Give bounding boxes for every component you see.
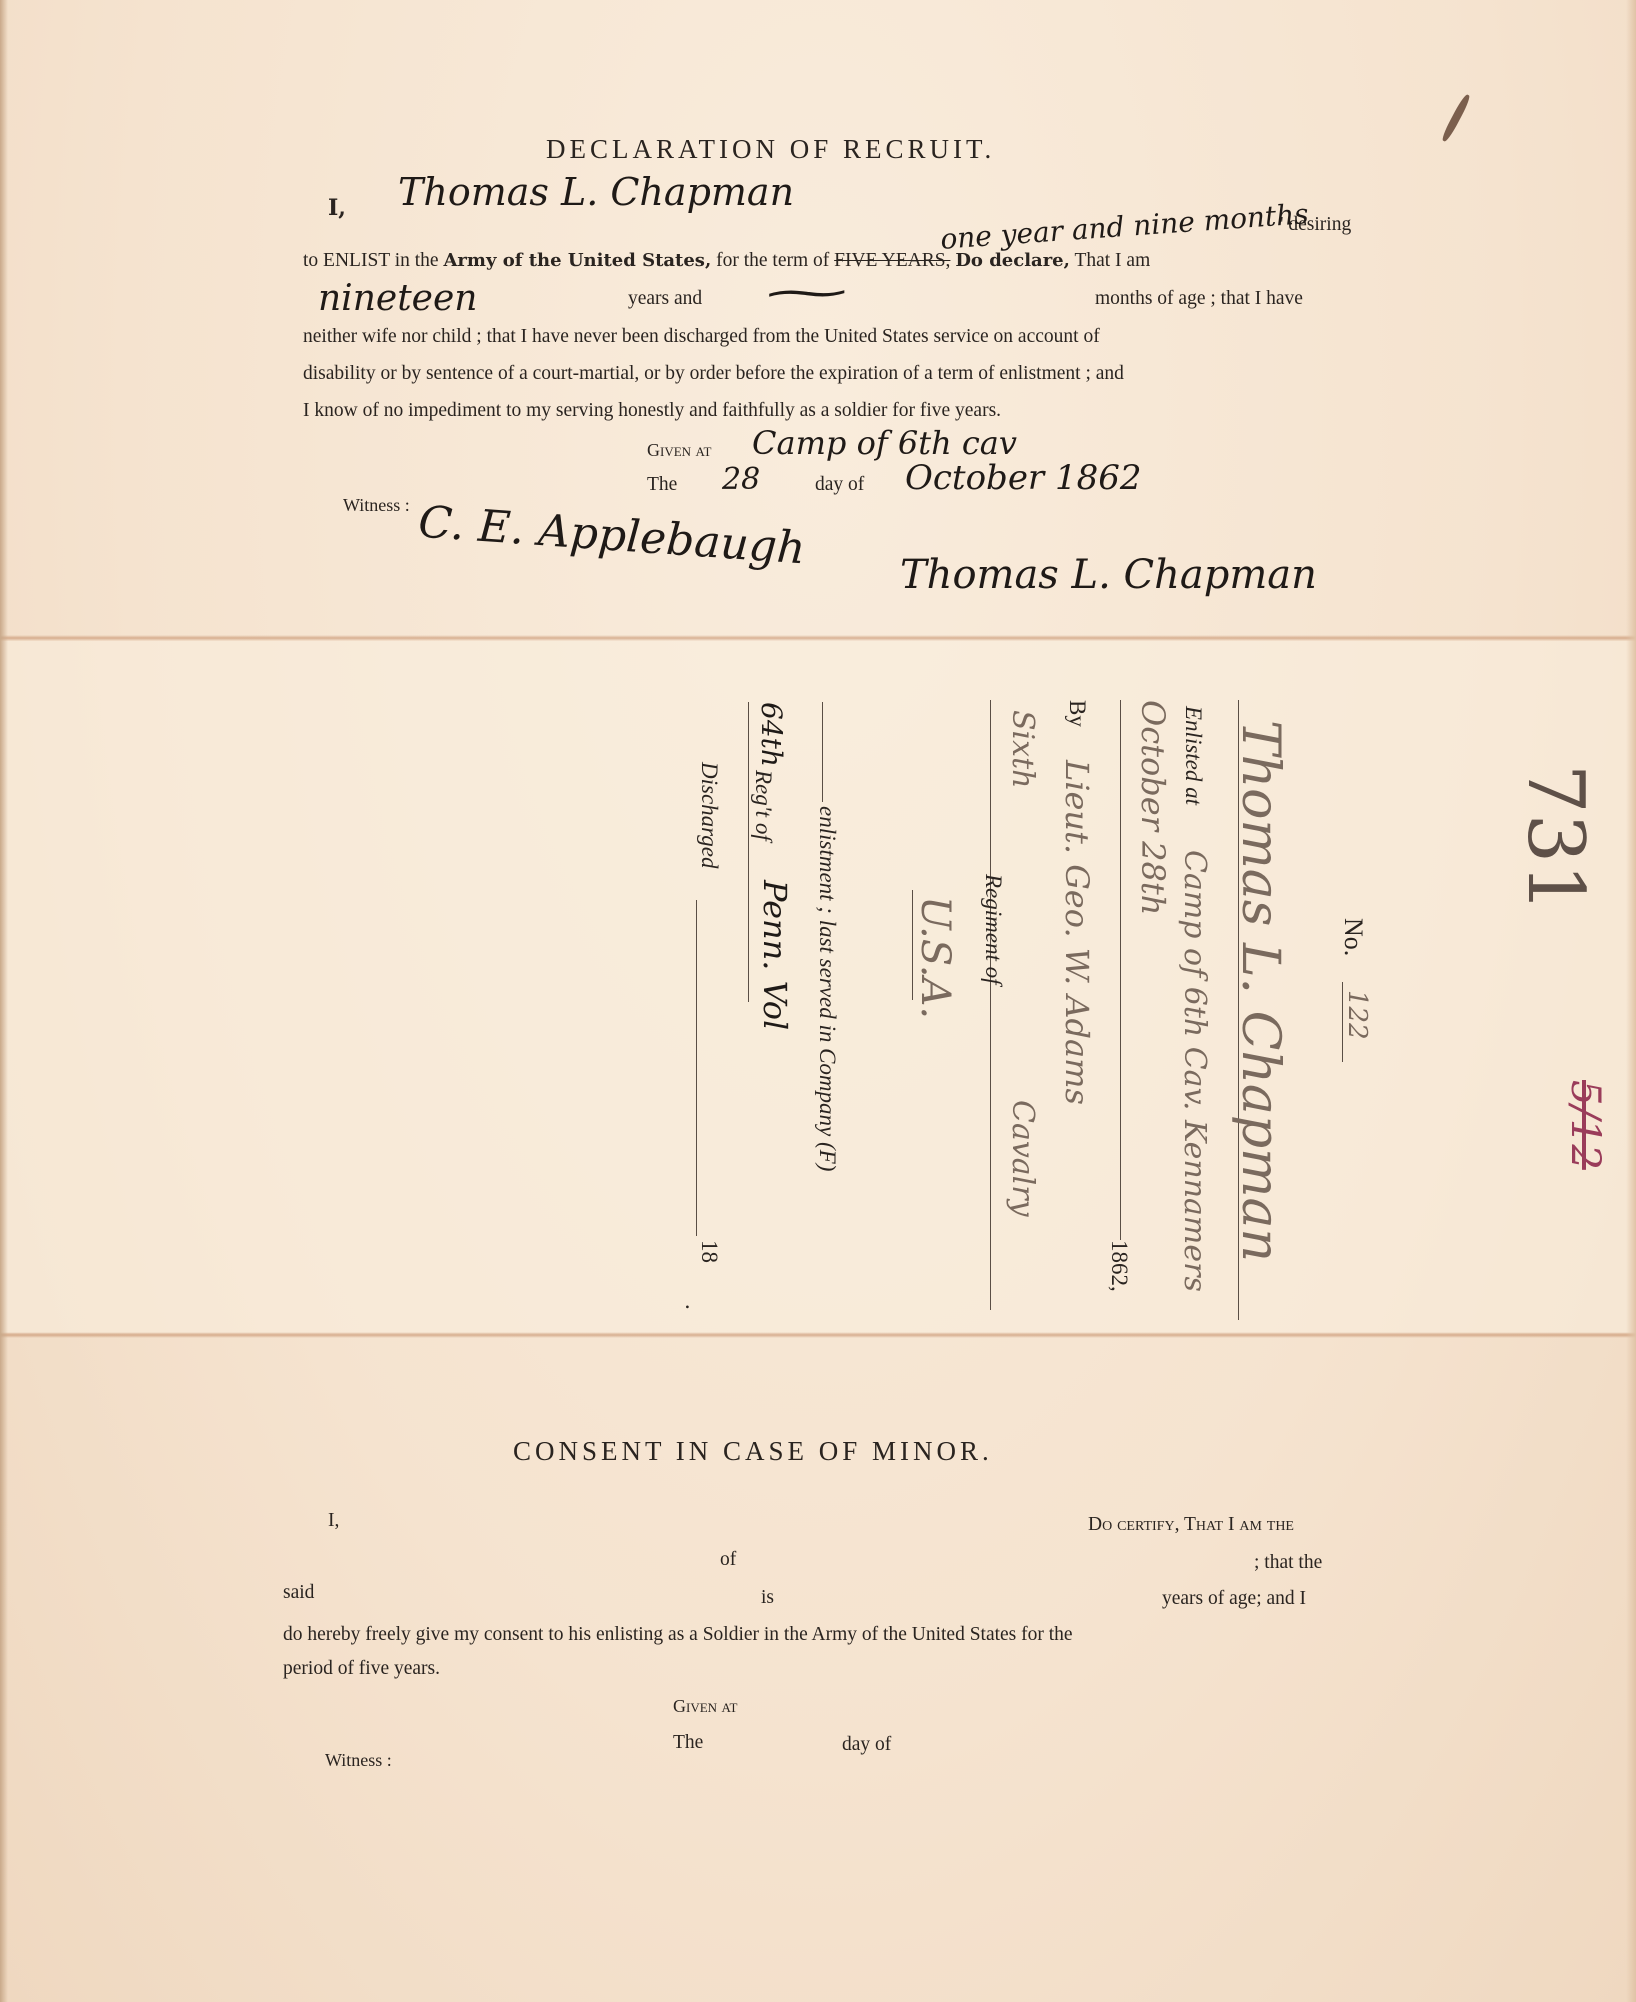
day-field: 28 (722, 462, 760, 497)
army-text: Army of the United States, (443, 250, 711, 271)
day-of-label: day of (815, 475, 864, 495)
declaration-title: DECLARATION OF RECRUIT. (546, 134, 995, 165)
discharged-rule (696, 900, 698, 1236)
five-years-struck: FIVE YEARS, (834, 250, 950, 271)
years-of-age-text: years of age; and I (1162, 1589, 1306, 1609)
year-printed: 1862, (1106, 1240, 1132, 1292)
by-label: By (1064, 700, 1090, 727)
paper-edge (0, 0, 8, 2002)
declaration-line-6: I know of no impediment to my serving ho… (303, 401, 1001, 421)
discharged-end: . (680, 1304, 706, 1310)
service-field: U.S.A. (912, 896, 958, 1019)
no-label: No. (1338, 918, 1368, 956)
declaration-line-2: to ENLIST in the Army of the United Stat… (303, 251, 1150, 271)
month-year-field: October 1862 (905, 458, 1142, 498)
of-text: of (720, 1550, 736, 1570)
enlisted-at-label: Enlisted at (1180, 706, 1206, 805)
regiment-rule (990, 700, 992, 1310)
regiment-of-label: Regiment of (980, 874, 1006, 985)
consent-line-5: period of five years. (283, 1659, 440, 1679)
enlisted-at-field: Camp of 6th Cav. Kennamers (1177, 850, 1212, 1292)
regt-rule (748, 702, 750, 1002)
the-label: The (647, 475, 677, 495)
witness-label: Witness : (343, 496, 410, 514)
enlist-date-field: October 28th (1134, 700, 1172, 915)
margin-number-small: 5/12 (1562, 1080, 1608, 1170)
age-months-field: ~ (756, 270, 857, 316)
years-and-text: years and (628, 289, 702, 309)
recruit-name-rotated: Thomas L. Chapman (1230, 720, 1290, 1262)
consent-line-4: do hereby freely give my consent to his … (283, 1625, 1073, 1645)
said-text: said (283, 1583, 314, 1603)
paper-edge (1626, 0, 1636, 2002)
declaration-panel (0, 0, 1636, 637)
document-page: DECLARATION OF RECRUIT. I, Thomas L. Cha… (0, 0, 1636, 2002)
enlistment-line: enlistment ; last served in Company (F) (814, 806, 840, 1171)
declaration-line-5: disability or by sentence of a court-mar… (303, 364, 1124, 384)
declaration-pronoun: I, (328, 197, 346, 219)
months-of-age-text: months of age ; that I have (1095, 289, 1303, 309)
enlist-text: to ENLIST in the (303, 250, 439, 271)
consent-title: CONSENT IN CASE OF MINOR. (513, 1436, 993, 1467)
age-years-field: nineteen (318, 278, 477, 319)
consent-pronoun: I, (328, 1511, 339, 1531)
is-text: is (761, 1588, 774, 1608)
do-declare-text: Do declare, (955, 250, 1070, 271)
date-rule (1120, 700, 1122, 1240)
regt-number-field: 64th (755, 702, 788, 767)
discharged-label: Discharged (696, 762, 722, 868)
regt-of-label: Reg't of (750, 770, 776, 841)
enlistment-rule (822, 702, 824, 802)
regiment-number-field: Sixth (1005, 710, 1040, 788)
given-at-field: Camp of 6th cav (752, 424, 1017, 462)
recruit-name-field: Thomas L. Chapman (398, 170, 794, 214)
consent-witness-label: Witness : (325, 1751, 392, 1769)
margin-number-large: 731 (1510, 764, 1600, 913)
by-field: Lieut. Geo. W. Adams (1058, 760, 1096, 1105)
that-the-text: ; that the (1254, 1553, 1322, 1573)
that-i-am-text: That I am (1074, 250, 1150, 271)
do-certify-text: Do certify, That I am the (1088, 1515, 1294, 1535)
no-field: 122 (1342, 990, 1372, 1040)
given-at-label: Given at (647, 441, 711, 459)
term-text: for the term of (716, 250, 829, 271)
discharged-year: 18 (696, 1240, 722, 1263)
consent-the-label: The (673, 1733, 703, 1753)
consent-given-at-label: Given at (673, 1697, 737, 1715)
regt-state-field: Penn. Vol (756, 880, 794, 1030)
fold-crease (0, 635, 1636, 641)
recruit-signature: Thomas L. Chapman (900, 552, 1317, 598)
regiment-branch-field: Cavalry (1005, 1100, 1040, 1217)
declaration-line-4: neither wife nor child ; that I have nev… (303, 327, 1100, 347)
fold-crease (0, 1332, 1636, 1338)
consent-day-of-label: day of (842, 1735, 891, 1755)
